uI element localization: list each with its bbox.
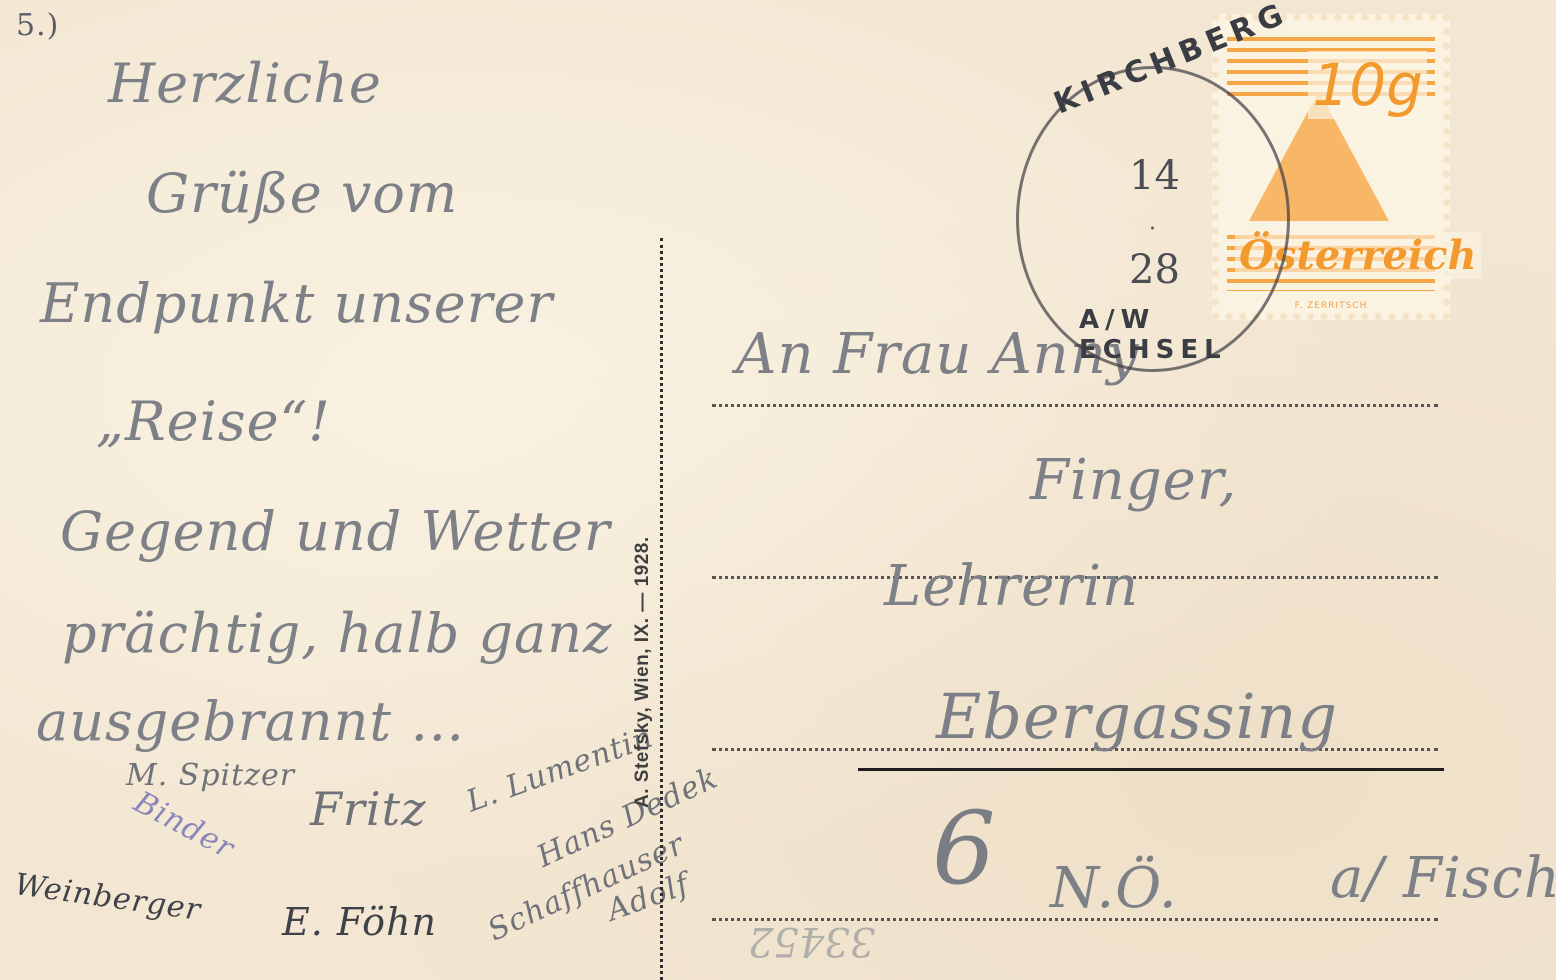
underline-stroke [858, 768, 1444, 771]
postmark-year: 28 [1129, 247, 1180, 293]
address-line-6: a/ Fischa [1330, 846, 1556, 911]
postmark-bottom-text: A/W ECHSEL [1079, 305, 1287, 365]
postmark-day: 14 [1129, 153, 1180, 199]
message-line-1: Herzliche [108, 52, 382, 115]
publisher-imprint: A. Stefsky, Wien, IX. — 1928. [632, 536, 654, 808]
signature: E. Föhn [282, 900, 437, 944]
address-line-2: Finger, [1030, 448, 1237, 513]
postmark: KIRCHBERG 14 · 28 A/W ECHSEL [1016, 66, 1290, 372]
inventory-number: 33452 [748, 918, 875, 964]
message-line-6: prächtig, halb ganz [62, 602, 612, 665]
message-line-2: Grüße vom [146, 162, 458, 225]
postmark-separator: · [1149, 217, 1156, 242]
message-line-5: Gegend und Wetter [60, 500, 611, 563]
address-line-5: N.Ö. [1050, 856, 1178, 921]
signature: Weinberger [12, 867, 203, 928]
center-divider [660, 238, 663, 980]
stamp-value: 10g [1308, 51, 1427, 119]
address-line-3: Lehrerin [884, 554, 1139, 619]
catalog-number: 5.) [16, 8, 59, 43]
signature: Fritz [310, 782, 426, 836]
message-line-4: „Reise“! [96, 390, 331, 453]
message-line-7: ausgebrannt … [36, 690, 465, 753]
signature-purple: Binder [128, 785, 240, 867]
address-line-4: Ebergassing [936, 680, 1338, 753]
annotation-numeral: 6 [932, 790, 996, 907]
message-line-3: Endpunkt unserer [40, 272, 553, 335]
postcard: 5.) Herzliche Grüße vom Endpunkt unserer… [0, 0, 1556, 980]
address-rule [712, 404, 1438, 407]
